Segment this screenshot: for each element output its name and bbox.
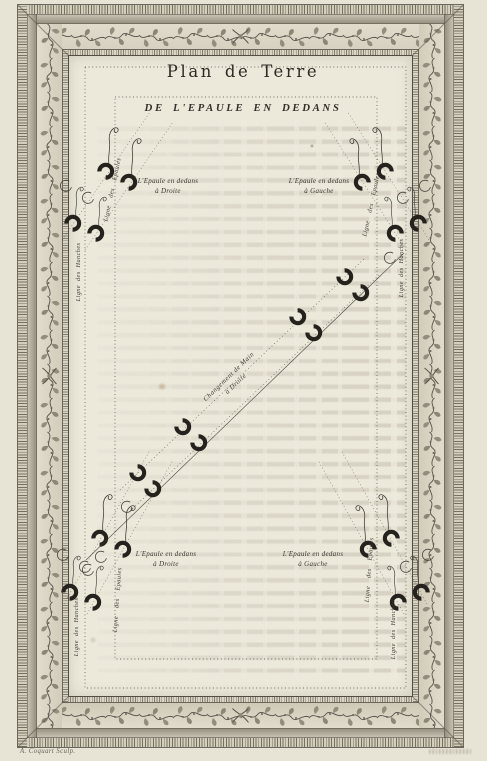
foxing-stain bbox=[89, 636, 97, 644]
frame-vine-band bbox=[419, 24, 444, 728]
label-line: à Gauche bbox=[304, 187, 333, 195]
plate-title: Plan de Terre bbox=[167, 62, 320, 81]
vine-sprig bbox=[42, 432, 60, 466]
vine-sprig bbox=[424, 160, 442, 194]
label-epaule-dedans-droite-bottom: L'Epaule en dedans à Droite bbox=[136, 549, 197, 569]
vine-ornament bbox=[37, 24, 444, 49]
frame-bevel-band bbox=[27, 14, 454, 24]
vine-sprig bbox=[423, 466, 441, 500]
vine-sprig bbox=[41, 602, 59, 636]
vine-sprig bbox=[377, 706, 411, 724]
vine-sprig bbox=[42, 92, 60, 126]
vine-sprig bbox=[42, 636, 60, 670]
vine-sprig bbox=[207, 708, 241, 726]
label-line: à Gauche bbox=[298, 560, 327, 568]
label-epaule-dedans-gauche-top: L'Epaule en dedans à Gauche bbox=[289, 176, 350, 196]
vine-sprig bbox=[343, 29, 377, 47]
frame-inner-hatch bbox=[413, 50, 418, 702]
vine-sprig bbox=[71, 29, 105, 47]
frame-hatch-band bbox=[454, 5, 463, 747]
vine-sprig bbox=[424, 228, 442, 262]
vine-sprig bbox=[241, 27, 275, 45]
vine-sprig bbox=[41, 466, 59, 500]
vine-sprig bbox=[309, 27, 343, 45]
faint-inscription bbox=[429, 749, 473, 754]
vine-sprig bbox=[424, 704, 442, 728]
vine-sprig bbox=[41, 398, 59, 432]
vine-sprig bbox=[423, 330, 441, 364]
vine-sprig bbox=[275, 29, 309, 47]
engraver-signature: A. Coquart Sculp. bbox=[20, 748, 76, 755]
vine-sprig bbox=[42, 24, 60, 58]
vine-sprig bbox=[424, 636, 442, 670]
vine-sprig bbox=[424, 432, 442, 466]
label-line: L'Epaule en dedans bbox=[136, 550, 197, 558]
vine-sprig bbox=[207, 29, 241, 47]
frame-inner-hatch bbox=[63, 50, 68, 702]
vine-sprig bbox=[423, 194, 441, 228]
vine-sprig bbox=[423, 126, 441, 160]
vine-sprig bbox=[377, 27, 411, 45]
frame-hatch-band bbox=[18, 5, 463, 14]
vine-sprig bbox=[41, 126, 59, 160]
vine-sprig bbox=[105, 27, 139, 45]
vine-sprig bbox=[42, 296, 60, 330]
vine-sprig bbox=[139, 708, 173, 726]
frame-vine-band bbox=[37, 703, 444, 728]
vine-sprig bbox=[343, 708, 377, 726]
vine-sprig bbox=[241, 706, 275, 724]
vine-sprig bbox=[309, 706, 343, 724]
verso-bleedthrough-texture bbox=[97, 118, 406, 678]
vine-sprig bbox=[424, 500, 442, 534]
frame-bevel-band bbox=[27, 14, 37, 738]
label-line: L'Epaule en dedans bbox=[283, 550, 344, 558]
verso-bleedthrough-texture bbox=[97, 118, 406, 678]
vine-sprig bbox=[423, 398, 441, 432]
vine-sprig bbox=[423, 262, 441, 296]
frame-vine-band bbox=[37, 24, 444, 49]
frame-inner-hatch bbox=[63, 50, 418, 55]
engraved-plate-page: Ligne des HanchesLigne des HanchesLigne … bbox=[0, 0, 487, 761]
vine-sprig bbox=[41, 194, 59, 228]
ink-speck bbox=[310, 144, 314, 148]
frame-hatch-band bbox=[18, 5, 27, 747]
vine-sprig bbox=[42, 228, 60, 262]
vine-sprig bbox=[105, 706, 139, 724]
vine-ornament bbox=[419, 24, 444, 728]
plate-subtitle: DE L'EPAULE EN DEDANS bbox=[145, 102, 342, 114]
label-line: L'Epaule en dedans bbox=[289, 177, 350, 185]
vine-ornament bbox=[37, 703, 444, 728]
vine-sprig bbox=[42, 568, 60, 602]
vine-ornament bbox=[37, 24, 62, 728]
vine-sprig bbox=[173, 706, 207, 724]
label-line: à Droite bbox=[153, 560, 179, 568]
foxing-stain bbox=[157, 382, 167, 391]
label-epaule-dedans-gauche-bottom: L'Epaule en dedans à Gauche bbox=[283, 549, 344, 569]
vine-sprig bbox=[42, 500, 60, 534]
vine-sprig bbox=[42, 160, 60, 194]
vine-sprig bbox=[41, 670, 59, 704]
label-line: à Droite bbox=[155, 187, 181, 195]
vine-sprig bbox=[423, 58, 441, 92]
frame-hatch-band bbox=[18, 738, 463, 747]
vine-sprig bbox=[275, 708, 309, 726]
vine-sprig bbox=[71, 708, 105, 726]
vine-sprig bbox=[42, 704, 60, 728]
frame-bevel-band bbox=[27, 728, 454, 738]
vine-sprig bbox=[424, 296, 442, 330]
vine-sprig bbox=[423, 602, 441, 636]
vine-sprig bbox=[424, 568, 442, 602]
frame-inner-hatch bbox=[63, 697, 418, 702]
frame-bevel-band bbox=[444, 14, 454, 738]
label-epaule-dedans-droite-top: L'Epaule en dedans à Droite bbox=[138, 176, 199, 196]
label-line: L'Epaule en dedans bbox=[138, 177, 199, 185]
vine-sprig bbox=[423, 534, 441, 568]
vine-sprig bbox=[41, 262, 59, 296]
vine-sprig bbox=[424, 92, 442, 126]
vine-sprig bbox=[424, 24, 442, 58]
vine-sprig bbox=[173, 27, 207, 45]
vine-sprig bbox=[139, 29, 173, 47]
vine-sprig bbox=[41, 534, 59, 568]
vine-sprig bbox=[41, 330, 59, 364]
vine-sprig bbox=[41, 58, 59, 92]
frame-vine-band bbox=[37, 24, 62, 728]
vine-sprig bbox=[423, 670, 441, 704]
